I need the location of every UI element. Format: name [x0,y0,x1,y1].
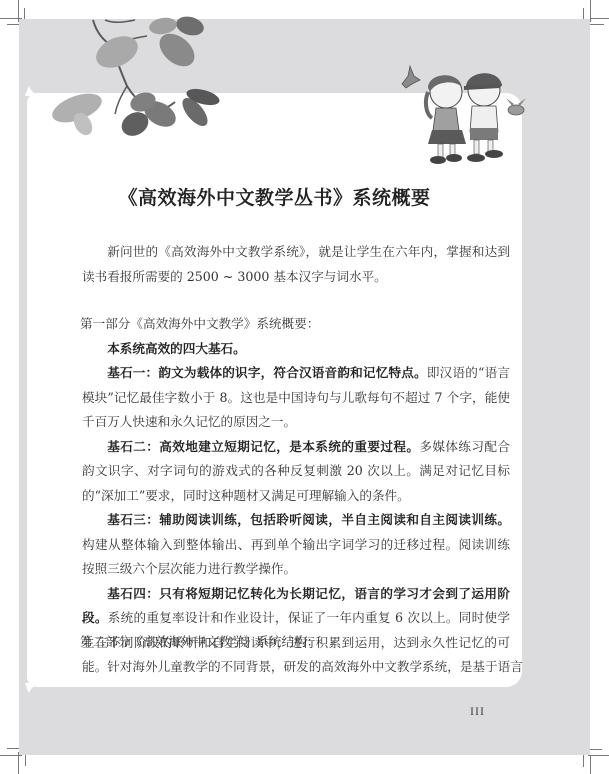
cornerstone-text: 构建从整体输入到整体输出、再到单个输出字词学习的迁移过程。阅读训练按照三级六个层… [82,537,510,577]
cornerstone-1: 基石一：韵文为载体的识字，符合汉语音韵和记忆特点。即汉语的“语言模块”记忆最佳字… [82,361,510,435]
cornerstone-label: 基石二： [107,439,159,454]
part1-section: 第一部分《高效海外中文教学》系统概要： 本系统高效的四大基石。 基石一：韵文为载… [82,312,510,680]
intro-section: 新问世的《高效海外中文教学系统》，就是让学生在六年内，掌握和达到读书看报所需要的… [82,240,510,289]
cornerstone-label: 基石三： [107,512,159,527]
intro-paragraph: 新问世的《高效海外中文教学系统》，就是让学生在六年内，掌握和达到读书看报所需要的… [82,240,510,289]
leaf-branch-illustration [35,12,220,142]
bird-icon [506,98,526,115]
cornerstone-3: 基石三：辅助阅读训练，包括聆听阅读，半自主阅读和自主阅读训练。构建从整体输入到整… [82,508,510,582]
part2-paragraph: 针对海外儿童教学的不同背景，研发的高效海外中文教学系统，是基于语言 [82,655,510,680]
cornerstone-2: 基石二：高效地建立短期记忆，是本系统的重要过程。多媒体练习配合韵文识字、对字词句… [82,435,510,509]
page-title: 《高效海外中文教学丛书》系统概要 [27,183,522,210]
cornerstone-bold: 韵文为载体的识字，符合汉语音韵和记忆特点。 [158,365,427,380]
card-notch-bottom [25,683,39,693]
cornerstone-label: 基石四： [107,586,159,601]
part1-subheading: 本系统高效的四大基石。 [82,337,510,362]
cornerstone-label: 基石一： [107,365,158,380]
part1-heading: 第一部分《高效海外中文教学》系统概要： [80,312,510,337]
cornerstone-bold: 高效地建立短期记忆，是本系统的重要过程。 [159,439,419,454]
cornerstone-bold: 辅助阅读训练，包括聆听阅读，半自主阅读和自主阅读训练。 [159,512,510,527]
part2-section: 第二部分《高效海外中文教学》系统结构： 针对海外儿童教学的不同背景，研发的高效海… [82,630,510,679]
butterfly-icon [402,66,420,88]
part2-heading: 第二部分《高效海外中文教学》系统结构： [80,630,510,655]
page-number: III [470,704,485,719]
children-illustration [388,58,538,170]
